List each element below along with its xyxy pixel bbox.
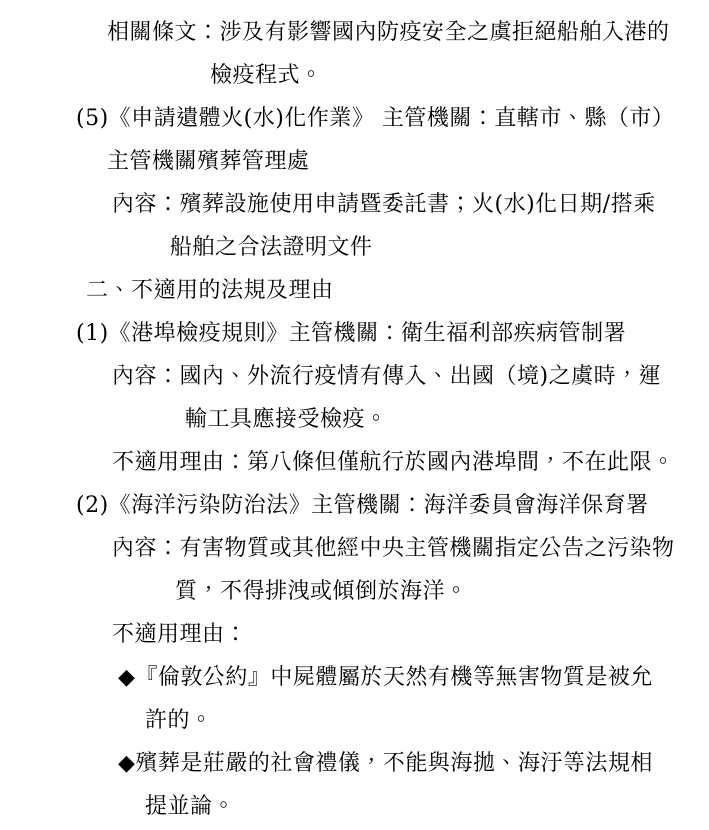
item-2-content-wrap-line: 質，不得排洩或傾倒於海洋。 <box>0 570 709 613</box>
document-page: 相關條文：涉及有影響國內防疫安全之虞拒絕船舶入港的 檢疫程式。 (5)《申請遺體… <box>0 0 709 830</box>
item-1-heading-line: (1)《港埠檢疫規則》主管機關：衛生福利部疾病管制署 <box>0 312 709 355</box>
bullet-funeral-ceremony-line: ◆殯葬是莊嚴的社會禮儀，不能與海拋、海汙等法規相 <box>0 742 709 785</box>
item-5-content-line: 內容：殯葬設施使用申請暨委託書；火(水)化日期/搭乘 <box>0 183 709 226</box>
related-clause-line: 相關條文：涉及有影響國內防疫安全之虞拒絕船舶入港的 <box>0 11 709 54</box>
section-2-heading-line: 二、不適用的法規及理由 <box>0 269 709 312</box>
related-clause-wrap-line: 檢疫程式。 <box>0 54 709 97</box>
item-1-content-wrap-line: 輸工具應接受檢疫。 <box>0 398 709 441</box>
item-2-heading-line: (2)《海洋污染防治法》主管機關：海洋委員會海洋保育署 <box>0 484 709 527</box>
bullet-london-wrap-line: 許的。 <box>0 699 709 742</box>
bullet-funeral-wrap-line: 提並論。 <box>0 785 709 828</box>
item-1-content-line: 內容：國內、外流行疫情有傳入、出國（境)之虞時，運 <box>0 355 709 398</box>
item-2-content-line: 內容：有害物質或其他經中央主管機關指定公告之污染物 <box>0 527 709 570</box>
item-2-inapplicable-label-line: 不適用理由： <box>0 613 709 656</box>
item-5-authority-line: 主管機關殯葬管理處 <box>0 140 709 183</box>
item-1-inapplicable-line: 不適用理由：第八條但僅航行於國內港埠間，不在此限。 <box>0 441 709 484</box>
item-5-heading-line: (5)《申請遺體火(水)化作業》 主管機關：直轄市、縣（市） <box>0 97 709 140</box>
bullet-london-convention-line: ◆『倫敦公約』中屍體屬於天然有機等無害物質是被允 <box>0 656 709 699</box>
item-5-content-wrap-line: 船舶之合法證明文件 <box>0 226 709 269</box>
